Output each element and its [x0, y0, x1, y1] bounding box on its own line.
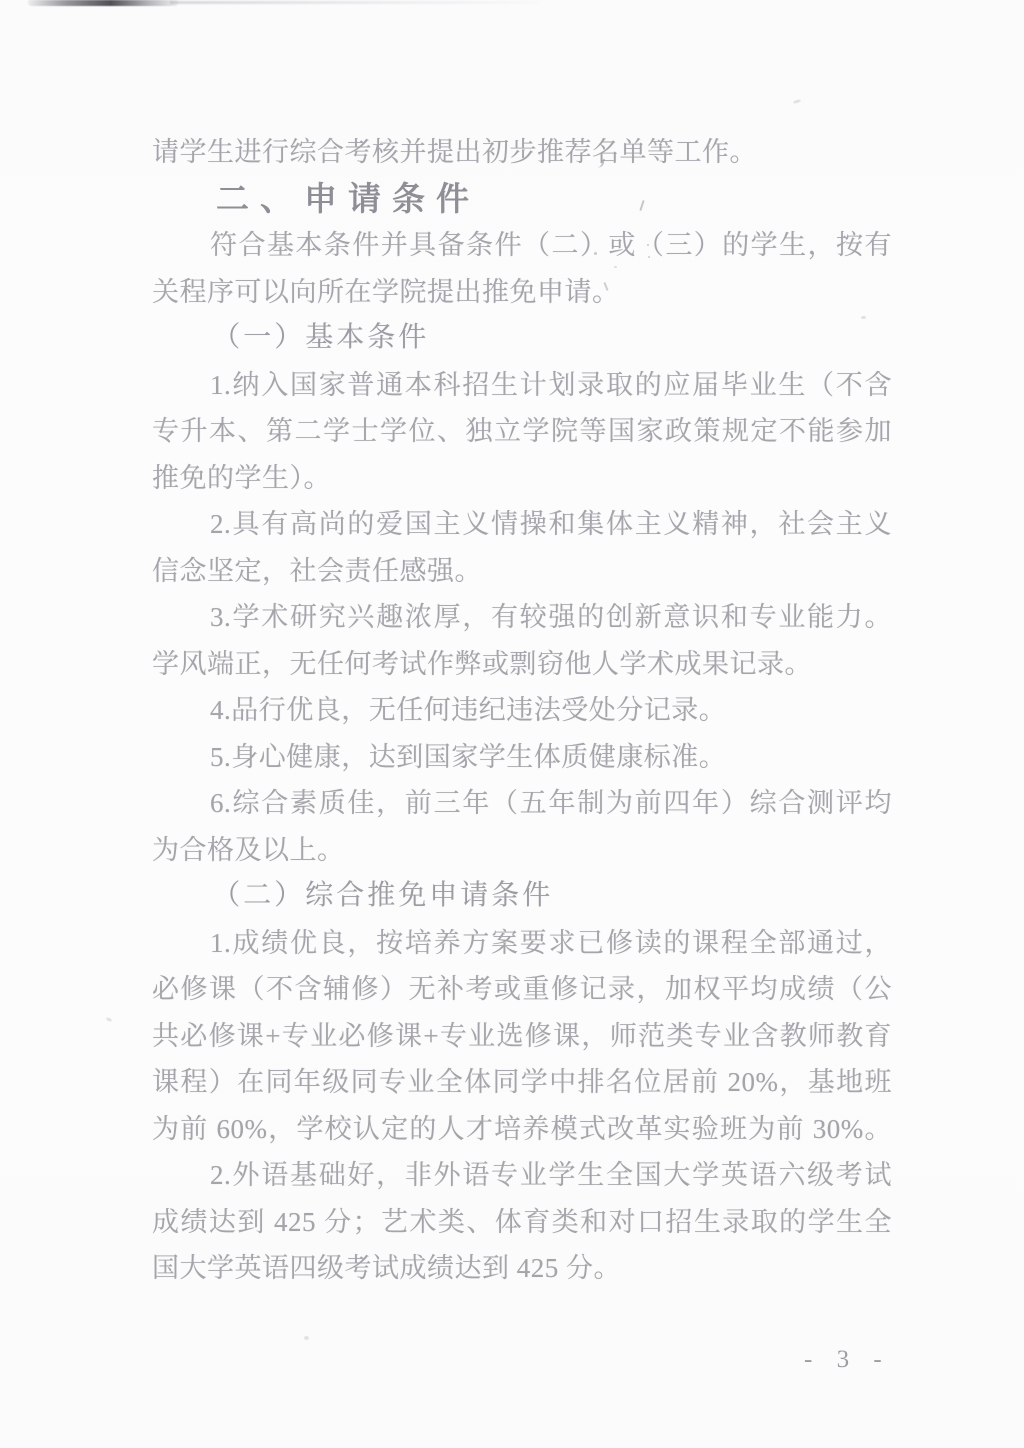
page-number: - 3 - [804, 1346, 891, 1374]
body-line: 符合基本条件并具备条件（二）或（三）的学生，按有 [152, 222, 892, 269]
body-line: 课程）在同年级同专业全体同学中排名位居前 20%，基地班 [152, 1059, 892, 1106]
body-line: 3.学术研究兴趣浓厚，有较强的创新意识和专业能力。 [152, 594, 892, 641]
body-line: 2.外语基础好，非外语专业学生全国大学英语六级考试 [152, 1152, 892, 1199]
scan-streak-artifact [28, 0, 178, 6]
scan-noise-mark [304, 1336, 309, 1340]
body-line: 成绩达到 425 分；艺术类、体育类和对口招生录取的学生全 [152, 1199, 892, 1246]
section-heading-application-conditions: 二、申请条件 [152, 176, 892, 223]
body-line: 关程序可以向所在学院提出推免申请。 [152, 269, 892, 316]
scan-noise-mark [106, 1017, 113, 1022]
body-line: 专升本、第二学士学位、独立学院等国家政策规定不能参加 [152, 408, 892, 455]
body-line: 请学生进行综合考核并提出初步推荐名单等工作。 [152, 129, 892, 176]
subsection-heading-comprehensive-conditions: （二）综合推免申请条件 [152, 873, 892, 920]
body-line: 必修课（不含辅修）无补考或重修记录，加权平均成绩（公 [152, 966, 892, 1013]
scanned-document-page: 请学生进行综合考核并提出初步推荐名单等工作。 二、申请条件 符合基本条件并具备条… [0, 0, 1024, 1448]
body-line: 信念坚定，社会责任感强。 [152, 548, 892, 595]
body-line: 为合格及以上。 [152, 827, 892, 874]
body-line: 2.具有高尚的爱国主义情操和集体主义精神，社会主义 [152, 501, 892, 548]
body-line: 为前 60%，学校认定的人才培养模式改革实验班为前 30%。 [152, 1106, 892, 1153]
body-line: 4.品行优良，无任何违纪违法受处分记录。 [152, 687, 892, 734]
scan-noise-mark [793, 99, 802, 104]
body-line: 6.综合素质佳，前三年（五年制为前四年）综合测评均 [152, 780, 892, 827]
subsection-heading-basic-conditions: （一）基本条件 [152, 315, 892, 362]
body-line: 1.成绩优良，按培养方案要求已修读的课程全部通过， [152, 920, 892, 967]
body-line: 1.纳入国家普通本科招生计划录取的应届毕业生（不含 [152, 362, 892, 409]
body-line: 推免的学生）。 [152, 455, 892, 502]
body-line: 共必修课+专业必修课+专业选修课，师范类专业含教师教育 [152, 1013, 892, 1060]
scan-streak-tail-artifact [170, 1, 540, 4]
body-line: 5.身心健康，达到国家学生体质健康标准。 [152, 734, 892, 781]
body-line: 国大学英语四级考试成绩达到 425 分。 [152, 1245, 892, 1292]
document-body: 请学生进行综合考核并提出初步推荐名单等工作。 二、申请条件 符合基本条件并具备条… [152, 129, 892, 1292]
body-line: 学风端正，无任何考试作弊或剽窃他人学术成果记录。 [152, 641, 892, 688]
